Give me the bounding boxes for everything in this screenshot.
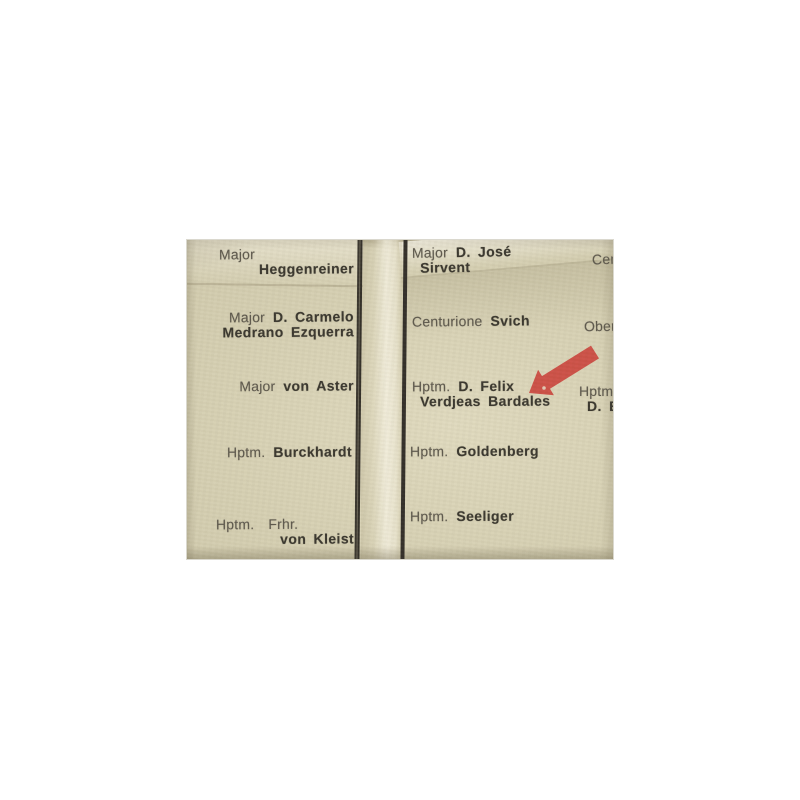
officer-rank: Hptm.: [410, 443, 448, 459]
officer-entry-von-kleist: Hptm. Frhr. von Kleist: [187, 516, 354, 547]
officer-rank: Hptm.: [579, 383, 613, 399]
officer-rank: Major: [239, 378, 275, 394]
officer-name-line: Medrano Ezquerra: [187, 324, 354, 340]
officer-name: Seeliger: [456, 508, 514, 524]
officer-name-line: von Kleist: [187, 531, 354, 547]
officer-rank: Centurione: [412, 313, 483, 330]
officer-name: Heggenreiner: [259, 260, 354, 277]
paper-fold-gutter: [361, 240, 402, 559]
officer-name-line: Sirvent: [412, 259, 512, 276]
officer-rank: Hptm.: [412, 378, 450, 394]
officer-rank-line: Ober: [584, 319, 613, 335]
officer-rank-line: Majorvon Aster: [187, 378, 354, 394]
officer-entry-heggenreiner: Major Heggenreiner: [187, 246, 354, 277]
officer-entry-goldenberg: Hptm.Goldenberg: [410, 444, 539, 460]
officer-rank: Hptm.: [410, 508, 448, 524]
officer-rank: Cen: [592, 251, 613, 268]
officer-name: Burckhardt: [273, 443, 352, 460]
paper-crease-left: [187, 283, 363, 287]
officer-rank-line: Hptm.Seeliger: [410, 509, 514, 525]
officer-rank-line: Hptm.Goldenberg: [410, 444, 539, 460]
officer-name: Verdjeas Bardales: [420, 393, 551, 410]
officer-name: Medrano Ezquerra: [222, 323, 354, 340]
column-divider-rule-right: [400, 240, 407, 559]
officer-rank: Major: [219, 246, 255, 262]
officer-name: von Kleist: [280, 530, 354, 547]
officer-entry-sirvent: MajorD. José Sirvent: [412, 244, 512, 276]
officer-rank-line: Hptm.Burckhardt: [187, 444, 352, 460]
officer-rank-line: Cen: [592, 252, 613, 268]
officer-name-line: Verdjeas Bardales: [412, 394, 551, 410]
officer-name: D. Felix: [458, 378, 514, 394]
officer-entry-burckhardt: Hptm.Burckhardt: [187, 444, 352, 460]
officer-name: Svich: [490, 312, 530, 328]
officer-name: D. Bu: [587, 398, 613, 414]
paper-left-shadow: [187, 240, 196, 559]
officer-name: Sirvent: [420, 259, 471, 276]
officer-rank: Major: [229, 309, 265, 325]
officer-entry-medrano-ezquerra: MajorD. Carmelo Medrano Ezquerra: [187, 309, 354, 340]
column-divider-rule-left: [354, 240, 362, 559]
officer-entry-partial-bottom: Hptm. D. Bu: [579, 384, 613, 414]
officer-name: von Aster: [283, 377, 354, 393]
officer-name: D. José: [456, 243, 512, 260]
officer-rank: Hptm.: [227, 444, 265, 460]
officer-rank-line: CenturioneSvich: [412, 313, 530, 329]
officer-name: Goldenberg: [456, 443, 539, 459]
officer-name-line: Heggenreiner: [187, 261, 354, 277]
officer-entry-seeliger: Hptm.Seeliger: [410, 509, 514, 525]
officer-entry-verdjeas-bardales: Hptm.D. Felix Verdjeas Bardales: [412, 379, 551, 410]
officer-entry-von-aster: Majorvon Aster: [187, 378, 354, 394]
officer-entry-svich: CenturioneSvich: [412, 313, 530, 329]
page-background: Major Heggenreiner MajorD. Carmelo Medra…: [0, 0, 800, 800]
officer-name-line: D. Bu: [579, 399, 613, 414]
officer-rank-line: Hptm.: [579, 384, 613, 399]
document-photo: Major Heggenreiner MajorD. Carmelo Medra…: [187, 240, 613, 559]
officer-entry-partial-middle: Ober: [584, 319, 613, 335]
officer-rank: Ober: [584, 318, 613, 335]
officer-entry-partial-top: Cen: [592, 252, 613, 268]
